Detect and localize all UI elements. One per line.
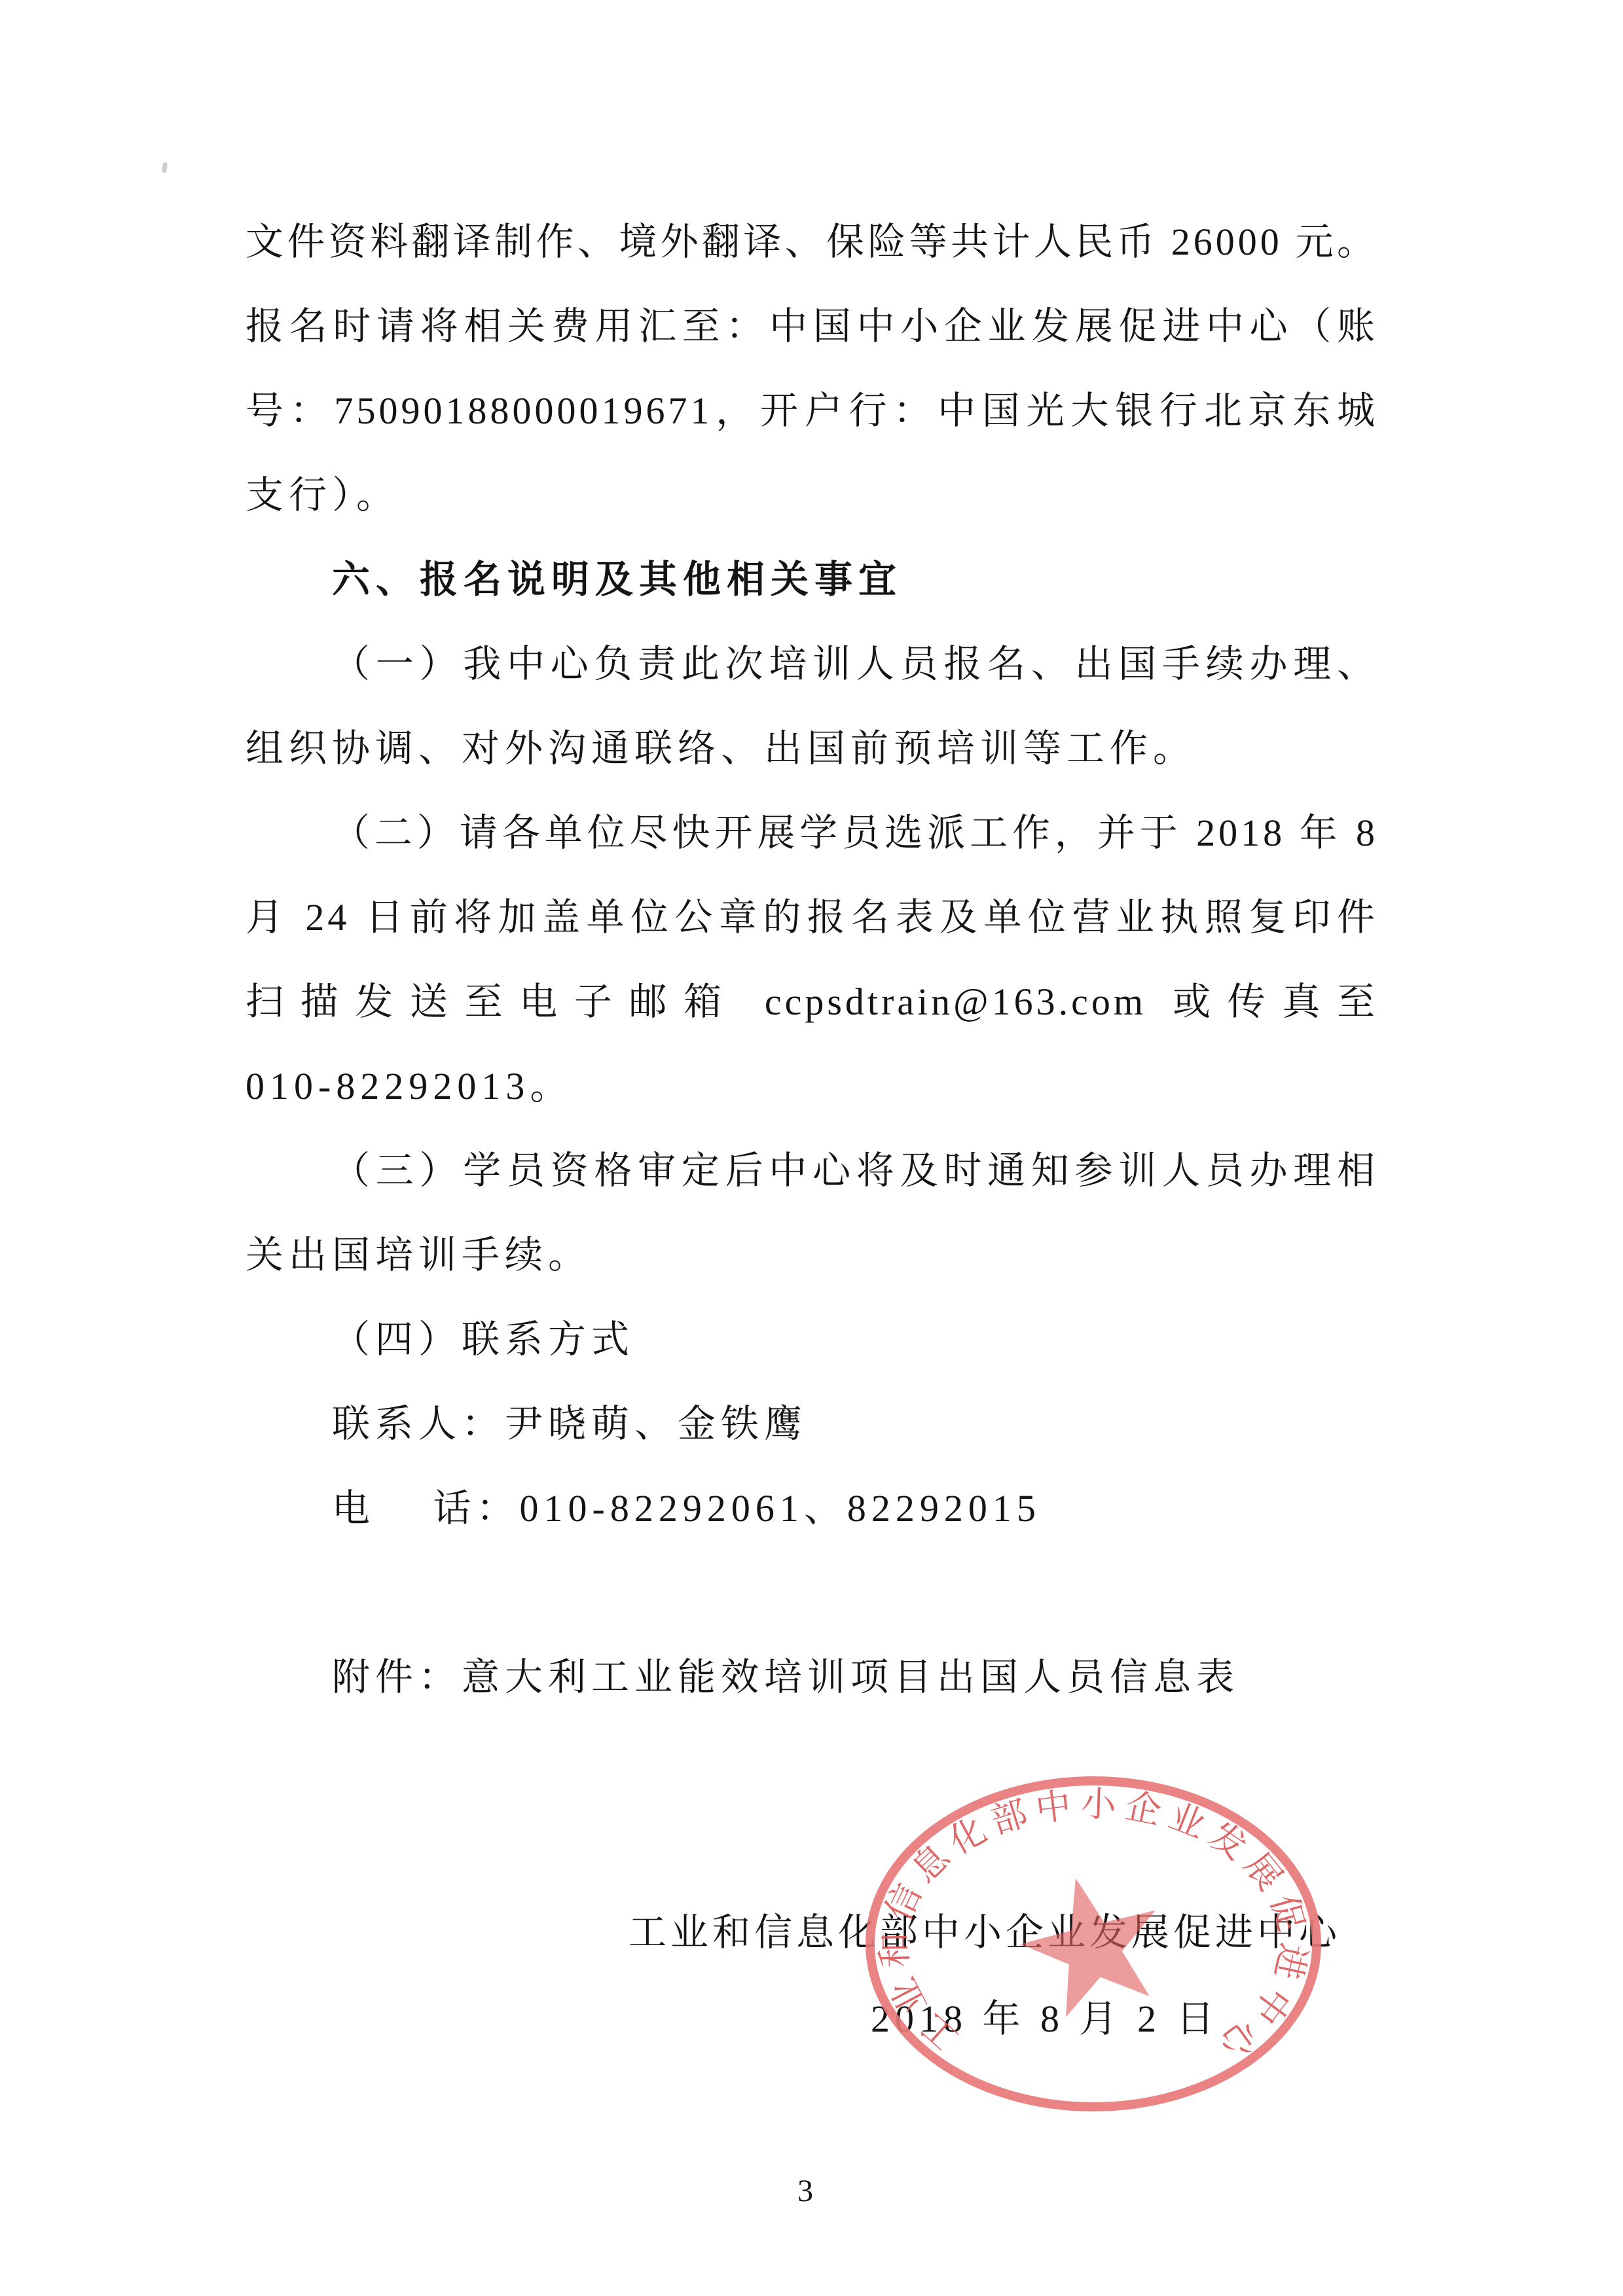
body-line: 关出国培训手续。 [246,1234,1378,1278]
body-line: （一）我中心负责此次培训人员报名、出国手续办理、 [246,643,1378,687]
section-heading: 六、报名说明及其他相关事宜 [246,558,1378,602]
page-number: 3 [776,2174,835,2209]
document-page: 文件资料翻译制作、境外翻译、保险等共计人民币 26000 元。 报名时请将相关费… [0,0,1623,2296]
body-line: 报名时请将相关费用汇至：中国中小企业发展促进中心（账 [246,305,1378,349]
body-line: 月 24 日前将加盖单位公章的报名表及单位营业执照复印件 [246,896,1378,940]
attachment-line: 附件：意大利工业能效培训项目出国人员信息表 [246,1656,1378,1700]
signature-date: 2018 年 8 月 2 日 [871,1998,1220,2041]
body-line: 扫描发送至电子邮箱 ccpsdtrain@163.com 或传真至 [246,980,1378,1024]
body-line: （三）学员资格审定后中心将及时通知参训人员办理相 [246,1149,1378,1193]
body-line: （二）请各单位尽快开展学员选派工作，并于 2018 年 8 [246,812,1378,855]
signature-org: 工业和信息化部中小企业发展促进中心 [629,1911,1341,1955]
contact-person-line: 联系人：尹晓萌、金铁鹰 [246,1403,1378,1446]
body-line: 文件资料翻译制作、境外翻译、保险等共计人民币 26000 元。 [246,221,1378,264]
body-line: 支行）。 [246,474,1378,518]
contact-phone-line: 电 话：010-82292061、82292015 [246,1487,1378,1531]
body-line: 号：75090188000019671，开户行：中国光大银行北京东城 [246,389,1378,433]
body-line: 组织协调、对外沟通联络、出国前预培训等工作。 [246,727,1378,771]
body-line: （四）联系方式 [246,1318,1378,1362]
scan-artifact [162,162,168,173]
body-line: 010-82292013。 [246,1065,1378,1109]
